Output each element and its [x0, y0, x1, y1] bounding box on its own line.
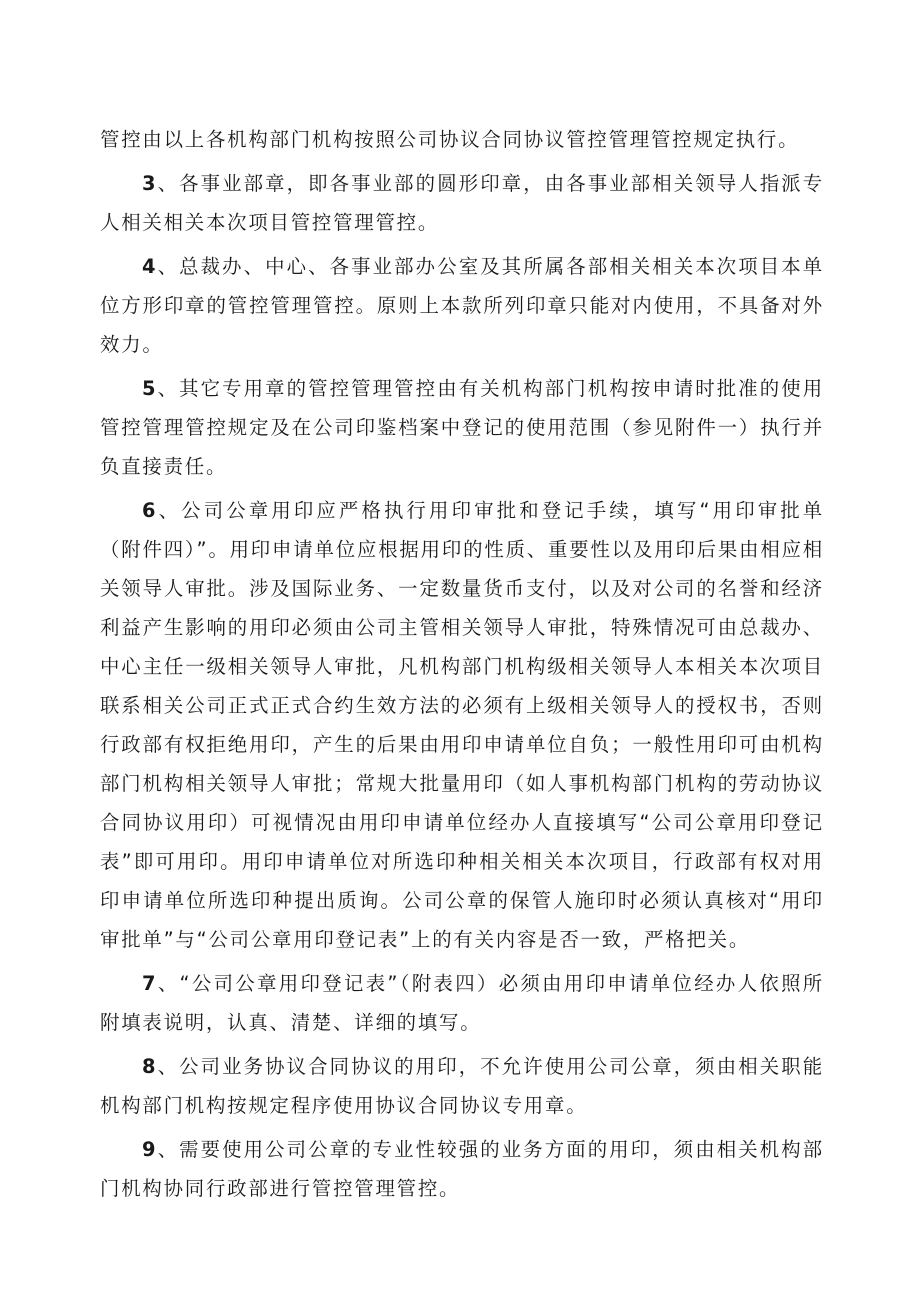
paragraph-continuation: 管控由以上各机构部门机构按照公司协议合同协议管控管理管控规定执行。 [100, 120, 824, 159]
paragraph-item-3: 3、各事业部章，即各事业部的圆形印章，由各事业部相关领导人指派专人相关相关本次项… [100, 164, 824, 242]
paragraph-text: 、其它专用章的管控管理管控由有关机构部门机构按申请时批准的使用管控管理管控规定及… [100, 377, 824, 478]
item-number: 5 [142, 377, 157, 400]
paragraph-item-4: 4、总裁办、中心、各事业部办公室及其所属各部相关相关本次项目本单位方形印章的管控… [100, 247, 824, 364]
paragraph-text: 管控由以上各机构部门机构按照公司协议合同协议管控管理管控规定执行。 [100, 128, 799, 151]
item-number: 4 [142, 255, 157, 278]
paragraph-text: 、公司业务协议合同协议的用印，不允许使用公司公章，须由相关职能机构部门机构按规定… [100, 1055, 824, 1117]
paragraph-text: 、“公司公章用印登记表”（附表四）必须由用印申请单位经办人依照所附填表说明，认真… [100, 972, 824, 1034]
paragraph-item-9: 9、需要使用公司公章的专业性较强的业务方面的用印，须由相关机构部门机构协同行政部… [100, 1130, 824, 1208]
item-number: 3 [142, 172, 157, 195]
item-number: 8 [142, 1055, 157, 1078]
paragraph-text: 、公司公章用印应严格执行用印审批和登记手续，填写“用印审批单（附件四）”。用印申… [100, 499, 824, 951]
item-number: 6 [142, 499, 157, 522]
paragraph-item-6: 6、公司公章用印应严格执行用印审批和登记手续，填写“用印审批单（附件四）”。用印… [100, 491, 824, 959]
paragraph-text: 、需要使用公司公章的专业性较强的业务方面的用印，须由相关机构部门机构协同行政部进… [100, 1138, 824, 1200]
item-number: 9 [142, 1138, 157, 1161]
paragraph-item-7: 7、“公司公章用印登记表”（附表四）必须由用印申请单位经办人依照所附填表说明，认… [100, 964, 824, 1042]
document-page: 管控由以上各机构部门机构按照公司协议合同协议管控管理管控规定执行。 3、各事业部… [100, 120, 824, 1213]
paragraph-item-8: 8、公司业务协议合同协议的用印，不允许使用公司公章，须由相关职能机构部门机构按规… [100, 1047, 824, 1125]
paragraph-item-5: 5、其它专用章的管控管理管控由有关机构部门机构按申请时批准的使用管控管理管控规定… [100, 369, 824, 486]
item-number: 7 [142, 972, 157, 995]
paragraph-text: 、各事业部章，即各事业部的圆形印章，由各事业部相关领导人指派专人相关相关本次项目… [100, 172, 824, 234]
paragraph-text: 、总裁办、中心、各事业部办公室及其所属各部相关相关本次项目本单位方形印章的管控管… [100, 255, 824, 356]
